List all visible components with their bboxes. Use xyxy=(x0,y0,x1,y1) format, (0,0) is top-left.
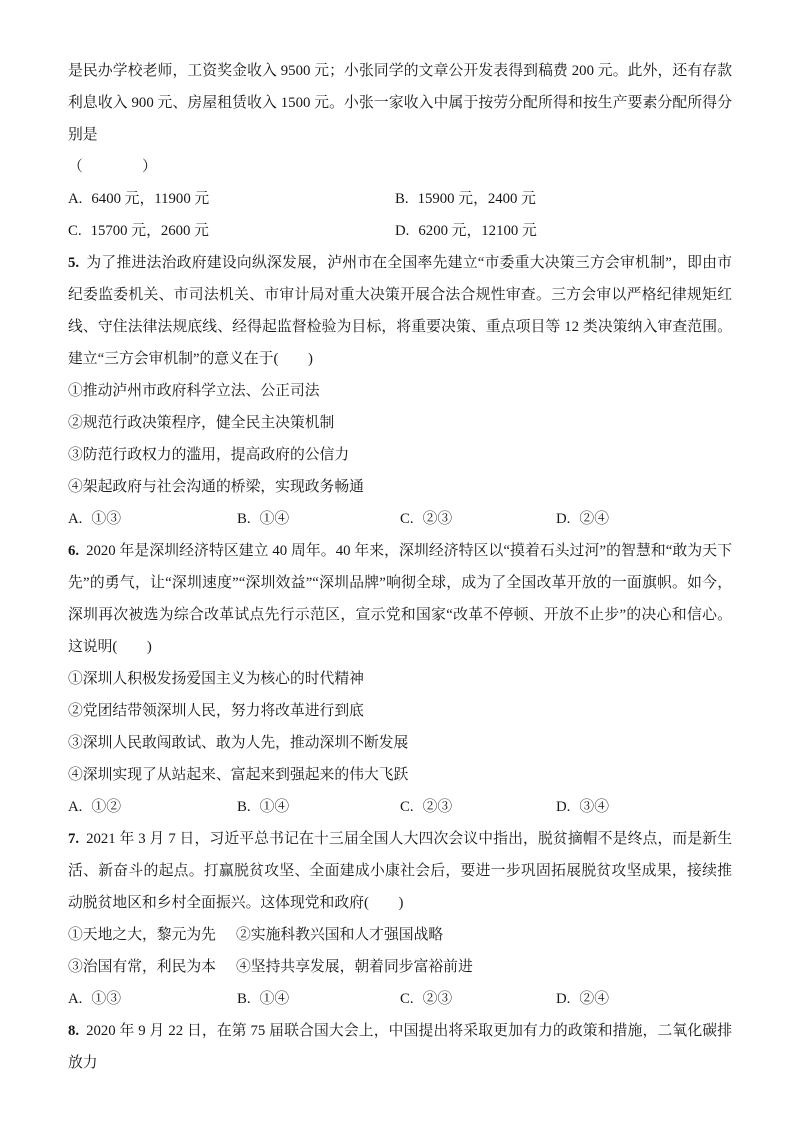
statement-row: ③治国有常，利民为本 ④坚持共享发展，朝着同步富裕前进 xyxy=(68,951,732,983)
question-6-stem: 6.2020 年是深圳经济特区建立 40 周年。40 年来，深圳经济特区以“摸着… xyxy=(68,535,732,663)
option-text: ②③ xyxy=(423,799,453,815)
option-text: ①③ xyxy=(91,991,121,1007)
option-b: B.①④ xyxy=(237,983,400,1015)
option-label: D. xyxy=(556,799,570,815)
question-4: 是民办学校老师，工资奖金收入 9500 元；小张同学的文章公开发表得到稿费 20… xyxy=(68,55,732,247)
option-label: B. xyxy=(237,799,251,815)
option-label: C. xyxy=(400,511,414,527)
option-b: B.①④ xyxy=(237,791,400,823)
option-text: ③④ xyxy=(579,799,609,815)
option-a: A.6400 元，11900 元 xyxy=(68,183,395,215)
question-7: 7.2021 年 3 月 7 日，习近平总书记在十三届全国人大四次会议中指出，脱… xyxy=(68,823,732,1015)
option-a: A.①③ xyxy=(68,503,237,535)
question-stem-text: 2020 年 9 月 22 日，在第 75 届联合国大会上，中国提出将采取更加有… xyxy=(68,1023,732,1071)
option-c: C.②③ xyxy=(400,503,556,535)
option-text: ①④ xyxy=(260,799,290,815)
statement-1: ①天地之大，黎元为先 xyxy=(68,919,236,951)
statement-2: ②党团结带领深圳人民，努力将改革进行到底 xyxy=(68,695,732,727)
option-label: A. xyxy=(68,511,82,527)
question-stem-text: 2020 年是深圳经济特区建立 40 周年。40 年来，深圳经济特区以“摸着石头… xyxy=(68,543,732,655)
question-number: 5. xyxy=(68,255,79,271)
statement-1: ①深圳人积极发扬爱国主义为核心的时代精神 xyxy=(68,663,732,695)
option-text: ②④ xyxy=(579,991,609,1007)
statement-2: ②实施科教兴国和人才强国战略 xyxy=(236,919,443,951)
option-c: C.②③ xyxy=(400,791,556,823)
question-stem-text: 为了推进法治政府建设向纵深发展，泸州市在全国率先建立“市委重大决策三方会审机制”… xyxy=(68,255,732,367)
option-text: ②④ xyxy=(579,511,609,527)
option-label: C. xyxy=(68,223,82,239)
question-6-statements: ①深圳人积极发扬爱国主义为核心的时代精神 ②党团结带领深圳人民，努力将改革进行到… xyxy=(68,663,732,791)
option-text: ②③ xyxy=(423,511,453,527)
question-5: 5.为了推进法治政府建设向纵深发展，泸州市在全国率先建立“市委重大决策三方会审机… xyxy=(68,247,732,535)
statement-row: ①天地之大，黎元为先 ②实施科教兴国和人才强国战略 xyxy=(68,919,732,951)
option-d: D.②④ xyxy=(556,983,609,1015)
option-b: B.15900 元，2400 元 xyxy=(395,183,732,215)
statement-4: ④架起政府与社会沟通的桥梁，实现政务畅通 xyxy=(68,471,732,503)
text-column: 是民办学校老师，工资奖金收入 9500 元；小张同学的文章公开发表得到稿费 20… xyxy=(68,55,732,1079)
statement-1: ①推动泸州市政府科学立法、公正司法 xyxy=(68,375,732,407)
option-d: D.6200 元，12100 元 xyxy=(395,215,732,247)
question-7-options: A.①③ B.①④ C.②③ D.②④ xyxy=(68,983,732,1015)
statement-4: ④坚持共享发展，朝着同步富裕前进 xyxy=(236,951,473,983)
option-label: C. xyxy=(400,799,414,815)
statement-3: ③深圳人民敢闯敢试、敢为人先，推动深圳不断发展 xyxy=(68,727,732,759)
question-5-options: A.①③ B.①④ C.②③ D.②④ xyxy=(68,503,732,535)
question-stem-text: 是民办学校老师，工资奖金收入 9500 元；小张同学的文章公开发表得到稿费 20… xyxy=(68,63,732,143)
question-7-stem: 7.2021 年 3 月 7 日，习近平总书记在十三届全国人大四次会议中指出，脱… xyxy=(68,823,732,919)
option-label: D. xyxy=(395,223,409,239)
question-number: 6. xyxy=(68,543,79,559)
option-label: A. xyxy=(68,799,82,815)
statement-4: ④深圳实现了从站起来、富起来到强起来的伟大飞跃 xyxy=(68,759,732,791)
option-label: D. xyxy=(556,511,570,527)
question-5-stem: 5.为了推进法治政府建设向纵深发展，泸州市在全国率先建立“市委重大决策三方会审机… xyxy=(68,247,732,375)
question-6: 6.2020 年是深圳经济特区建立 40 周年。40 年来，深圳经济特区以“摸着… xyxy=(68,535,732,823)
option-label: B. xyxy=(237,511,251,527)
option-text: ①③ xyxy=(91,511,121,527)
option-text: 15700 元，2600 元 xyxy=(91,223,209,239)
option-b: B.①④ xyxy=(237,503,400,535)
option-d: D.③④ xyxy=(556,791,609,823)
option-d: D.②④ xyxy=(556,503,609,535)
option-text: ①④ xyxy=(260,991,290,1007)
question-4-answer-bracket: （ ） xyxy=(68,151,732,183)
option-text: 6200 元，12100 元 xyxy=(418,223,536,239)
option-label: A. xyxy=(68,191,82,207)
option-a: A.①② xyxy=(68,791,237,823)
exam-document-page: 是民办学校老师，工资奖金收入 9500 元；小张同学的文章公开发表得到稿费 20… xyxy=(0,0,793,1122)
option-label: D. xyxy=(556,991,570,1007)
question-7-statements: ①天地之大，黎元为先 ②实施科教兴国和人才强国战略 ③治国有常，利民为本 ④坚持… xyxy=(68,919,732,983)
question-4-options: A.6400 元，11900 元 B.15900 元，2400 元 C.1570… xyxy=(68,183,732,247)
option-label: B. xyxy=(237,991,251,1007)
option-a: A.①③ xyxy=(68,983,237,1015)
option-text: ①② xyxy=(91,799,121,815)
option-text: 15900 元，2400 元 xyxy=(418,191,536,207)
question-number: 8. xyxy=(68,1023,79,1039)
statement-2: ②规范行政决策程序，健全民主决策机制 xyxy=(68,407,732,439)
statement-3: ③治国有常，利民为本 xyxy=(68,951,236,983)
question-stem-text: 2021 年 3 月 7 日，习近平总书记在十三届全国人大四次会议中指出，脱贫摘… xyxy=(68,831,732,911)
question-8-stem: 8.2020 年 9 月 22 日，在第 75 届联合国大会上，中国提出将采取更… xyxy=(68,1015,732,1079)
option-text: ①④ xyxy=(260,511,290,527)
question-5-statements: ①推动泸州市政府科学立法、公正司法 ②规范行政决策程序，健全民主决策机制 ③防范… xyxy=(68,375,732,503)
question-6-options: A.①② B.①④ C.②③ D.③④ xyxy=(68,791,732,823)
question-8: 8.2020 年 9 月 22 日，在第 75 届联合国大会上，中国提出将采取更… xyxy=(68,1015,732,1079)
question-number: 7. xyxy=(68,831,79,847)
option-label: A. xyxy=(68,991,82,1007)
option-label: C. xyxy=(400,991,414,1007)
option-c: C.②③ xyxy=(400,983,556,1015)
option-label: B. xyxy=(395,191,409,207)
option-text: 6400 元，11900 元 xyxy=(91,191,209,207)
question-4-stem: 是民办学校老师，工资奖金收入 9500 元；小张同学的文章公开发表得到稿费 20… xyxy=(68,55,732,151)
option-c: C.15700 元，2600 元 xyxy=(68,215,395,247)
statement-3: ③防范行政权力的滥用，提高政府的公信力 xyxy=(68,439,732,471)
option-text: ②③ xyxy=(423,991,453,1007)
